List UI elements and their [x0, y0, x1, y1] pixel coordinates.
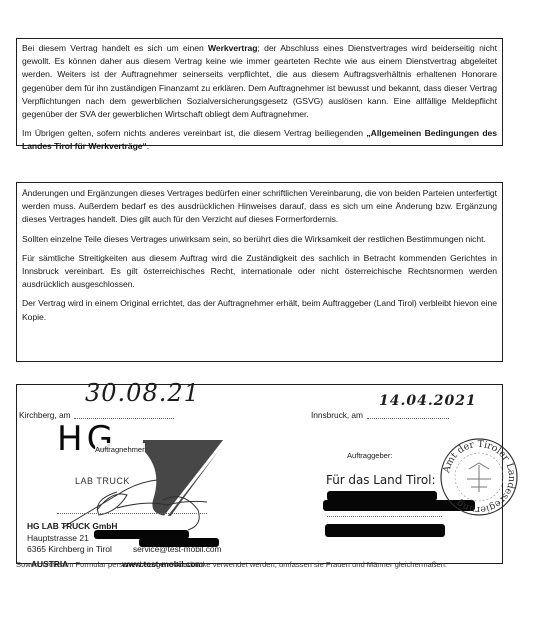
contractor-role-label: Auftragnehmer	[95, 443, 145, 456]
contractor-handwritten-date: 30.08.21	[85, 387, 200, 400]
amendments-paragraph: Änderungen und Ergänzungen dieses Vertra…	[22, 187, 497, 227]
text: ; der Abschluss eines Dienstvertrages wi…	[22, 43, 497, 119]
client-signature-line	[327, 516, 442, 517]
redaction-bar	[325, 524, 445, 537]
jurisdiction-paragraph: Für sämtliche Streitigkeiten aus diesem …	[22, 252, 497, 292]
original-copy-paragraph: Der Vertrag wird in einem Original erric…	[22, 297, 497, 323]
client-signatory-line: Für das Land Tirol:	[326, 474, 435, 487]
werkvertrag-term: Werkvertrag	[208, 43, 257, 53]
redaction-bar	[139, 538, 219, 547]
client-place-label: Innsbruck, am	[311, 409, 363, 422]
gender-neutral-note: Soweit in diesem Formular personenbezoge…	[16, 560, 447, 569]
general-provisions-section: Änderungen und Ergänzungen dieses Vertra…	[16, 182, 503, 362]
contract-type-section: Bei diesem Vertrag handelt es sich um ei…	[16, 38, 503, 146]
footer-note: Soweit in diesem Formular personenbezoge…	[16, 560, 447, 569]
company-city: 6365 Kirchberg in Tirol	[27, 544, 117, 556]
werkvertrag-paragraph: Bei diesem Vertrag handelt es sich um ei…	[22, 42, 497, 121]
company-website: www.test-mobil.com	[122, 559, 203, 569]
text: .	[147, 141, 149, 151]
company-country: AUSTRIA	[31, 559, 68, 569]
official-stamp: Amt der Tiroler Landesregierung	[439, 437, 519, 517]
client-role-label: Auftraggeber:	[347, 449, 392, 462]
severability-paragraph: Sollten einzelne Teile dieses Vertrages …	[22, 233, 497, 246]
client-handwritten-date: 14.04.2021	[379, 395, 477, 408]
general-conditions-paragraph: Im Übrigen gelten, sofern nichts anderes…	[22, 127, 497, 153]
client-date-line	[367, 418, 449, 419]
text: Bei diesem Vertrag handelt es sich um ei…	[22, 43, 208, 53]
signature-section: Kirchberg, am 30.08.21 HG Auftragnehmer …	[16, 384, 503, 564]
contractor-signature-line	[57, 513, 207, 514]
text: Im Übrigen gelten, sofern nichts anderes…	[22, 128, 366, 138]
